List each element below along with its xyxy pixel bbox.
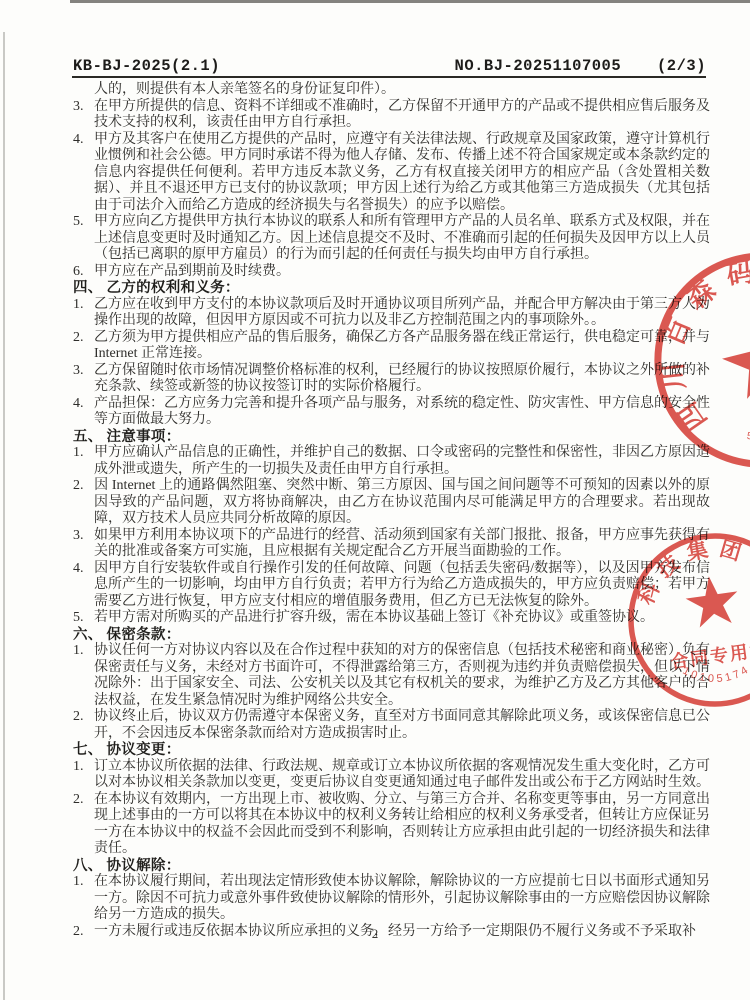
clause-text: 在本协议履行期间，若出现法定情形致使本协议解除，解除协议的一方应提前七日以书面形… <box>94 874 710 922</box>
clause-text: 协议终止后，协议双方仍需遵守本保密义务，直至对方书面同意其解除此项义务，或该保密… <box>94 709 710 741</box>
document-page: KB-BJ-2025(2.1) NO.BJ-20251107005 (2/3) … <box>0 0 750 1000</box>
section-heading: 八、 协议解除： <box>73 858 710 875</box>
section-heading: 五、 注意事项： <box>73 429 710 446</box>
clause-text: 甲方应确认产品信息的正确性，并维护自己的数据、口令或密码的完整性和保密性，非因乙… <box>94 445 710 477</box>
page-number: 2 <box>372 926 379 941</box>
clause: 1.甲方应确认产品信息的正确性，并维护自己的数据、口令或密码的完整性和保密性，非… <box>73 445 710 478</box>
clause-number: 2. <box>73 709 94 726</box>
clause: 2.在本协议有效期内，一方出现上市、被收购、分立、与第三方合并、名称变更等事由，… <box>73 792 710 858</box>
section-heading: 六、 保密条款： <box>73 627 710 644</box>
clause-text: 在甲方所提供的信息、资料不详细或不准确时，乙方保留不开通甲方的产品或不提供相应售… <box>94 99 710 131</box>
clause: 1.乙方应在收到甲方支付的本协议款项后及时开通协议项目所列产品，并配合甲方解决由… <box>73 297 710 330</box>
clause-text: 人的，则提供有本人亲笔签名的身份证复印件）。 <box>94 82 395 97</box>
clause-text: 乙方应在收到甲方支付的本协议款项后及时开通协议项目所列产品，并配合甲方解决由于第… <box>94 297 710 329</box>
scan-edge-artifact <box>3 32 5 1000</box>
clause-number: 4. <box>73 561 94 578</box>
clause: 1.在本协议履行期间，若出现法定情形致使本协议解除，解除协议的一方应提前七日以书… <box>73 874 710 924</box>
clause-text: 因 Internet 上的通路偶然阻塞、突然中断、第三方原因、国与国之间问题等不… <box>94 478 710 526</box>
section-heading: 七、 协议变更： <box>73 742 710 759</box>
clause-text: 乙方须为甲方提供相应产品的售后服务，确保乙方各产品服务器在线正常运行，供电稳定可… <box>94 330 710 362</box>
clause-number: 3. <box>73 99 94 116</box>
clause-text: 协议任何一方对协议内容以及在合作过程中获知的对方的保密信息（包括技术秘密和商业秘… <box>94 643 710 708</box>
section-heading: 四、 乙方的权利和义务： <box>73 280 710 297</box>
clause: 1.协议任何一方对协议内容以及在合作过程中获知的对方的保密信息（包括技术秘密和商… <box>73 643 710 709</box>
clause-number: 5. <box>73 214 94 231</box>
section-heading-text: 六、 保密条款： <box>73 627 181 643</box>
clause: 3.在甲方所提供的信息、资料不详细或不准确时，乙方保留不开通甲方的产品或不提供相… <box>73 99 710 132</box>
seal-label: 合同专用章 <box>669 638 750 673</box>
clause: 2.乙方须为甲方提供相应产品的售后服务，确保乙方各产品服务器在线正常运行，供电稳… <box>73 330 710 363</box>
clause-number: 3. <box>73 363 94 380</box>
clause: 3.乙方保留随时依市场情况调整价格标准的权利，已经履行的协议按照原价履行，本协议… <box>73 363 710 396</box>
contract-seal-icon: 科技集团 ★ 合同专用章 10105174 <box>613 518 750 721</box>
clause: 4.因甲方自行安装软件或自行操作引发的任何故障、问题（包括丢失密码/数据等），以… <box>73 561 710 611</box>
clause-text: 甲方及其客户在使用乙方提供的产品时，应遵守有关法律法规、行政规章及国家政策，遵守… <box>94 132 710 213</box>
clause: 4.甲方及其客户在使用乙方提供的产品时，应遵守有关法律法规、行政规章及国家政策，… <box>73 132 710 215</box>
document-number: NO.BJ-20251107005 <box>455 57 622 75</box>
clause-number: 1. <box>73 759 94 776</box>
clause-number: 3. <box>73 528 94 545</box>
page-footer: 2 <box>0 926 750 942</box>
page-indicator: (2/3) <box>657 57 706 75</box>
clause-number: 1. <box>73 297 94 314</box>
star-icon: ★ <box>677 560 748 644</box>
clause-text: 若甲方需对所购买的产品进行扩容升级，需在本协议基础上签订《补充协议》或重签协议。 <box>94 610 654 625</box>
clause: 5.甲方应向乙方提供甲方执行本协议的联系人和所有管理甲方产品的人员名单、联系方式… <box>73 214 710 264</box>
clause: 人的，则提供有本人亲笔签名的身份证复印件）。 <box>73 82 710 99</box>
clause-number: 4. <box>73 132 94 149</box>
clause-text: 在本协议有效期内，一方出现上市、被收购、分立、与第三方合并、名称变更等事由，另一… <box>94 792 710 857</box>
scan-edge-artifact <box>70 0 750 3</box>
document-body: 人的，则提供有本人亲笔签名的身份证复印件）。3.在甲方所提供的信息、资料不详细或… <box>73 82 710 940</box>
clause-text: 乙方保留随时依市场情况调整价格标准的权利，已经履行的协议按照原价履行，本协议之外… <box>94 363 710 395</box>
clause-number: 1. <box>73 874 94 891</box>
clause-text: 甲方应在产品到期前及时续费。 <box>94 264 290 279</box>
clause-number: 1. <box>73 643 94 660</box>
header-rule <box>72 76 706 78</box>
clause-number: 2. <box>73 478 94 495</box>
clause: 4.产品担保：乙方应务力完善和提升各项产品与服务，对系统的稳定性、防灾害性、甲方… <box>73 396 710 429</box>
section-heading-text: 七、 协议变更： <box>73 742 181 758</box>
clause: 1.订立本协议所依据的法律、行政法规、规章或订立本协议所依据的客观情况发生重大变… <box>73 759 710 792</box>
section-heading-text: 八、 协议解除： <box>73 858 181 874</box>
section-heading-text: 四、 乙方的权利和义务： <box>73 280 240 296</box>
clause-number: 6. <box>73 264 94 281</box>
clause: 5.若甲方需对所购买的产品进行扩容升级，需在本协议基础上签订《补充协议》或重签协… <box>73 610 710 627</box>
clause: 6.甲方应在产品到期前及时续费。 <box>73 264 710 281</box>
clause: 2.因 Internet 上的通路偶然阻塞、突然中断、第三方原因、国与国之间问题… <box>73 478 710 528</box>
section-heading-text: 五、 注意事项： <box>73 429 181 445</box>
clause: 2.协议终止后，协议双方仍需遵守本保密义务，直至对方书面同意其解除此项义务，或该… <box>73 709 710 742</box>
clause-text: 订立本协议所依据的法律、行政法规、规章或订立本协议所依据的客观情况发生重大变化时… <box>94 759 710 791</box>
clause-text: 甲方应向乙方提供甲方执行本协议的联系人和所有管理甲方产品的人员名单、联系方式及权… <box>94 214 710 262</box>
clause-number: 5. <box>73 610 94 627</box>
document-code: KB-BJ-2025(2.1) <box>73 57 220 75</box>
page-header: KB-BJ-2025(2.1) NO.BJ-20251107005 (2/3) <box>73 53 706 75</box>
clause-number: 2. <box>73 792 94 809</box>
clause-number: 4. <box>73 396 94 413</box>
star-icon: ★ <box>705 295 750 424</box>
clause-number: 2. <box>73 330 94 347</box>
clause-number: 1. <box>73 445 94 462</box>
clause-text: 产品担保：乙方应务力完善和提升各项产品与服务，对系统的稳定性、防灾害性、甲方信息… <box>94 396 710 428</box>
